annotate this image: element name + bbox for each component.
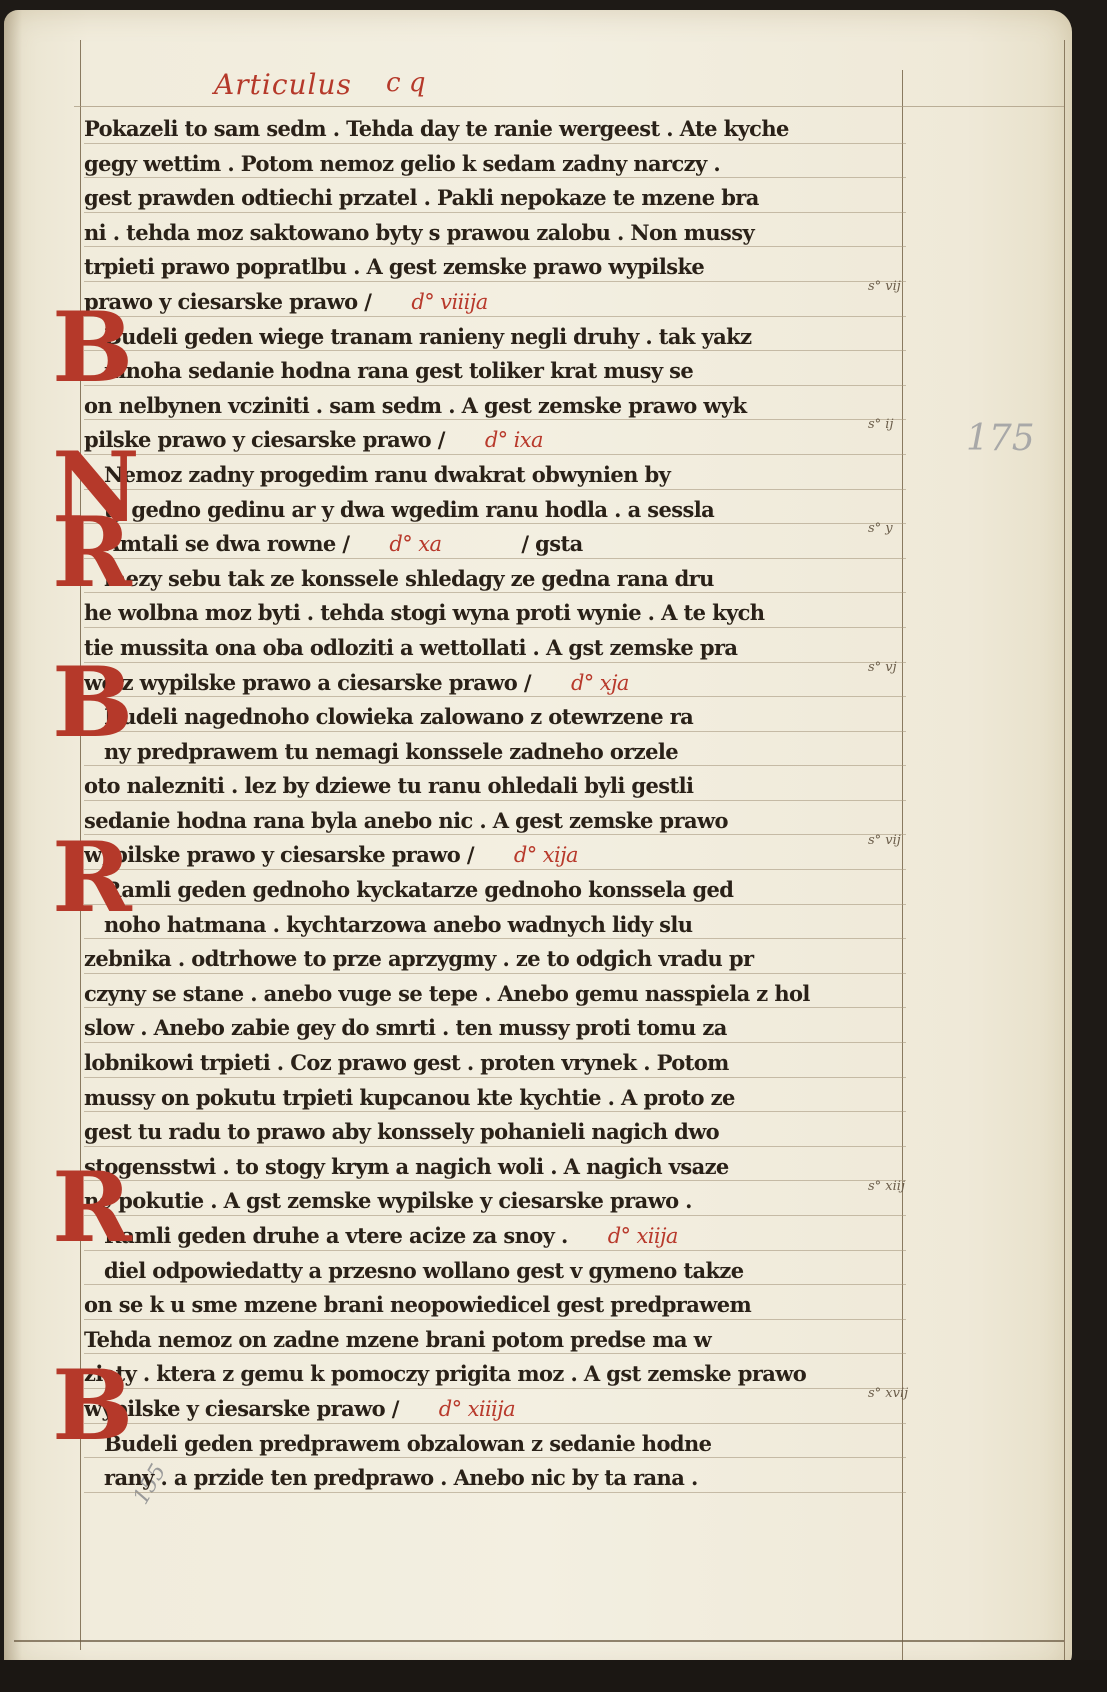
text-line: Pokazeli to sam sedm . Tehda day te rani…	[84, 112, 906, 147]
text-line: zebnika . odtrhowe to prze aprzygmy . ze…	[84, 942, 906, 977]
ruling-line	[84, 592, 906, 593]
ruling-line	[84, 281, 906, 282]
text-line: sedanie hodna rana byla anebo nic . A ge…	[84, 804, 906, 839]
ruling-line	[84, 1423, 906, 1424]
ruling-line	[84, 1042, 906, 1043]
initial-B-1: B	[52, 300, 133, 396]
ruling-line	[84, 1250, 906, 1251]
line-text: slow . Anebo zabie gey do smrti . ten mu…	[84, 1015, 727, 1040]
line-text: on se k u sme mzene brani neopowiedicel …	[84, 1292, 751, 1317]
text-line: mussy on pokutu trpieti kupcanou kte kyc…	[84, 1081, 906, 1116]
line-tail: / gsta	[521, 531, 582, 556]
text-line: ny predprawem tu nemagi konssele zadneho…	[84, 735, 906, 770]
text-line: Ramli geden gednoho kyckatarze gednoho k…	[84, 873, 906, 908]
running-head: Articulus	[214, 68, 352, 101]
ruling-line	[84, 834, 906, 835]
ruling-line	[84, 1146, 906, 1147]
text-line: Ramli geden druhe a vtere acize za snoy …	[84, 1219, 906, 1254]
ruling-line	[84, 558, 906, 559]
rubric-reference: d° xa	[389, 532, 441, 556]
text-line: Budeli geden wiege tranam ranieny negli …	[84, 320, 906, 355]
text-line: on se k u sme mzene brani neopowiedicel …	[84, 1288, 906, 1323]
ruling-line	[84, 973, 906, 974]
text-line: ty gedno gedinu ar y dwa wgedim ranu hod…	[84, 493, 906, 528]
text-line: tie mussita ona oba odloziti a wettollat…	[84, 631, 906, 666]
text-line: ni . tehda moz saktowano byty s prawou z…	[84, 216, 906, 251]
text-line: pilske prawo y ciesarske prawo /d° ixa	[84, 423, 906, 458]
line-text: diel odpowiedatty a przesno wollano gest…	[104, 1258, 744, 1283]
ruling-line	[84, 1180, 906, 1181]
line-text: ne pokutie . A gst zemske wypilske y cie…	[84, 1188, 692, 1213]
background-edge	[0, 1660, 1107, 1692]
ruling-line	[84, 385, 906, 386]
text-line: czyny se stane . anebo vuge se tepe . An…	[84, 977, 906, 1012]
text-line: wypilske y ciesarske prawo /d° xiiija	[84, 1392, 906, 1427]
initial-R-3: R	[52, 1160, 132, 1256]
ruling-line	[84, 800, 906, 801]
ruling-line	[84, 1007, 906, 1008]
ruling-line	[84, 1353, 906, 1354]
ruling-line	[84, 1215, 906, 1216]
ruling-line	[84, 627, 906, 628]
line-text: czyny se stane . anebo vuge se tepe . An…	[84, 981, 810, 1006]
text-line: on nelbynen vcziniti . sam sedm . A gest…	[84, 389, 906, 424]
ruling-line	[84, 489, 906, 490]
line-text: oto nalezniti . lez by dziewe tu ranu oh…	[84, 773, 693, 798]
line-text: gegy wettim . Potom nemoz gelio k sedam …	[84, 151, 720, 176]
line-text: ziety . ktera z gemu k pomoczy prigita m…	[84, 1361, 806, 1386]
text-line: Amtali se dwa rowne /d° xa/ gsta	[84, 527, 906, 562]
bottom-rule	[14, 1640, 1064, 1642]
line-text: wypilske prawo y ciesarske prawo /	[84, 842, 474, 867]
initial-R-2: R	[52, 830, 132, 926]
text-line: Nemoz zadny progedim ranu dwakrat obwyni…	[84, 458, 906, 493]
text-line: oto nalezniti . lez by dziewe tu ranu oh…	[84, 769, 906, 804]
initial-R-1: R	[52, 505, 132, 601]
text-line: slow . Anebo zabie gey do smrti . ten mu…	[84, 1011, 906, 1046]
ruling-line	[84, 696, 906, 697]
text-line: he wolbna moz byti . tehda stogi wyna pr…	[84, 596, 906, 631]
text-line: Tehda nemoz on zadne mzene brani potom p…	[84, 1323, 906, 1358]
line-text: Budeli nagednoho clowieka zalowano z ote…	[104, 704, 693, 729]
ruling-line	[84, 454, 906, 455]
ruling-line	[84, 1457, 906, 1458]
line-text: sedanie hodna rana byla anebo nic . A ge…	[84, 808, 728, 833]
line-text: mussy on pokutu trpieti kupcanou kte kyc…	[84, 1085, 735, 1110]
line-text: Amtali se dwa rowne /	[104, 531, 349, 556]
line-text: trpieti prawo popratlbu . A gest zemske …	[84, 254, 704, 279]
line-text: Nemoz zadny progedim ranu dwakrat obwyni…	[104, 462, 670, 487]
margin-annotation: s° xiij	[868, 1179, 905, 1194]
rubric-reference: d° ixa	[485, 428, 543, 452]
ruling-line	[84, 350, 906, 351]
ruling-line	[84, 523, 906, 524]
ruling-line	[84, 143, 906, 144]
line-text: Ramli geden gednoho kyckatarze gednoho k…	[104, 877, 733, 902]
initial-B-3: B	[52, 1358, 133, 1454]
line-text: mezy sebu tak ze konssele shledagy ze ge…	[104, 566, 714, 591]
line-text: wo z wypilske prawo a ciesarske prawo /	[84, 670, 531, 695]
rubric-reference: d° viiija	[411, 290, 487, 314]
line-text: ni . tehda moz saktowano byty s prawou z…	[84, 220, 754, 245]
text-line: gest tu radu to prawo aby konssely pohan…	[84, 1115, 906, 1150]
line-text: mnoha sedanie hodna rana gest toliker kr…	[104, 358, 693, 383]
rubric-reference: d° xja	[571, 671, 629, 695]
line-text: gest tu radu to prawo aby konssely pohan…	[84, 1119, 719, 1144]
gutter-shadow	[4, 10, 22, 1672]
text-line: Budeli geden predprawem obzalowan z seda…	[84, 1427, 906, 1462]
margin-annotation: s° vij	[868, 279, 901, 294]
text-line: ziety . ktera z gemu k pomoczy prigita m…	[84, 1357, 906, 1392]
line-text: zebnika . odtrhowe to prze aprzygmy . ze…	[84, 946, 754, 971]
line-text: gest prawden odtiechi przatel . Pakli ne…	[84, 185, 759, 210]
ruling-line	[84, 316, 906, 317]
ruling-line	[84, 731, 906, 732]
margin-annotation: s° ij	[868, 417, 894, 432]
rubric-reference: d° xija	[514, 843, 578, 867]
text-block: Pokazeli to sam sedm . Tehda day te rani…	[84, 112, 906, 1496]
text-line: mezy sebu tak ze konssele shledagy ze ge…	[84, 562, 906, 597]
line-text: Budeli geden predprawem obzalowan z seda…	[104, 1431, 711, 1456]
ruling-line	[84, 662, 906, 663]
ruling-line	[84, 212, 906, 213]
text-line: noho hatmana . kychtarzowa anebo wadnych…	[84, 908, 906, 943]
text-line: diel odpowiedatty a przesno wollano gest…	[84, 1254, 906, 1289]
text-line: gest prawden odtiechi przatel . Pakli ne…	[84, 181, 906, 216]
line-text: Budeli geden wiege tranam ranieny negli …	[104, 324, 751, 349]
initial-B-2: B	[52, 655, 133, 751]
text-line: trpieti prawo popratlbu . A gest zemske …	[84, 250, 906, 285]
text-line: wo z wypilske prawo a ciesarske prawo /d…	[84, 666, 906, 701]
line-text: lobnikowi trpieti . Coz prawo gest . pro…	[84, 1050, 729, 1075]
ruling-line	[84, 246, 906, 247]
line-text: ty gedno gedinu ar y dwa wgedim ranu hod…	[104, 497, 714, 522]
line-text: Pokazeli to sam sedm . Tehda day te rani…	[84, 116, 789, 141]
outer-margin-rule	[1064, 40, 1065, 1660]
text-line: Budeli nagednoho clowieka zalowano z ote…	[84, 700, 906, 735]
running-number: c q	[386, 68, 425, 98]
ruling-line	[84, 1319, 906, 1320]
rubric-reference: d° xiiija	[439, 1397, 515, 1421]
text-line: wypilske prawo y ciesarske prawo /d° xij…	[84, 838, 906, 873]
line-text: Ramli geden druhe a vtere acize za snoy …	[104, 1223, 568, 1248]
text-line: stogensstwi . to stogy krym a nagich wol…	[84, 1150, 906, 1185]
margin-annotation: s° y	[868, 521, 893, 536]
margin-annotation: s° xvij	[868, 1386, 908, 1401]
text-line: prawo y ciesarske prawo /d° viiija	[84, 285, 906, 320]
ruling-line	[84, 1111, 906, 1112]
ruling-line	[84, 904, 906, 905]
line-text: he wolbna moz byti . tehda stogi wyna pr…	[84, 600, 764, 625]
line-text: on nelbynen vcziniti . sam sedm . A gest…	[84, 393, 746, 418]
ruling-line	[84, 869, 906, 870]
line-text: stogensstwi . to stogy krym a nagich wol…	[84, 1154, 729, 1179]
ruling-line	[84, 1077, 906, 1078]
text-line: mnoha sedanie hodna rana gest toliker kr…	[84, 354, 906, 389]
line-text: tie mussita ona oba odloziti a wettollat…	[84, 635, 737, 660]
text-line: lobnikowi trpieti . Coz prawo gest . pro…	[84, 1046, 906, 1081]
top-rule	[74, 106, 1064, 107]
ruling-line	[84, 765, 906, 766]
ruling-line	[84, 177, 906, 178]
line-text: ny predprawem tu nemagi konssele zadneho…	[104, 739, 678, 764]
margin-annotation: s° vij	[868, 833, 901, 848]
ruling-line	[84, 1388, 906, 1389]
margin-annotation: s° vj	[868, 660, 897, 675]
text-line: gegy wettim . Potom nemoz gelio k sedam …	[84, 147, 906, 182]
line-text: Tehda nemoz on zadne mzene brani potom p…	[84, 1327, 711, 1352]
folio-number: 175	[966, 418, 1035, 459]
ruling-line	[84, 1284, 906, 1285]
line-text: noho hatmana . kychtarzowa anebo wadnych…	[104, 912, 692, 937]
rubric-reference: d° xiija	[608, 1224, 678, 1248]
text-line: ne pokutie . A gst zemske wypilske y cie…	[84, 1184, 906, 1219]
ruling-line	[84, 938, 906, 939]
text-line: rany . a przide ten predprawo . Anebo ni…	[84, 1461, 906, 1496]
ruling-line	[84, 419, 906, 420]
ruling-line	[84, 1492, 906, 1493]
line-text: rany . a przide ten predprawo . Anebo ni…	[104, 1465, 698, 1490]
